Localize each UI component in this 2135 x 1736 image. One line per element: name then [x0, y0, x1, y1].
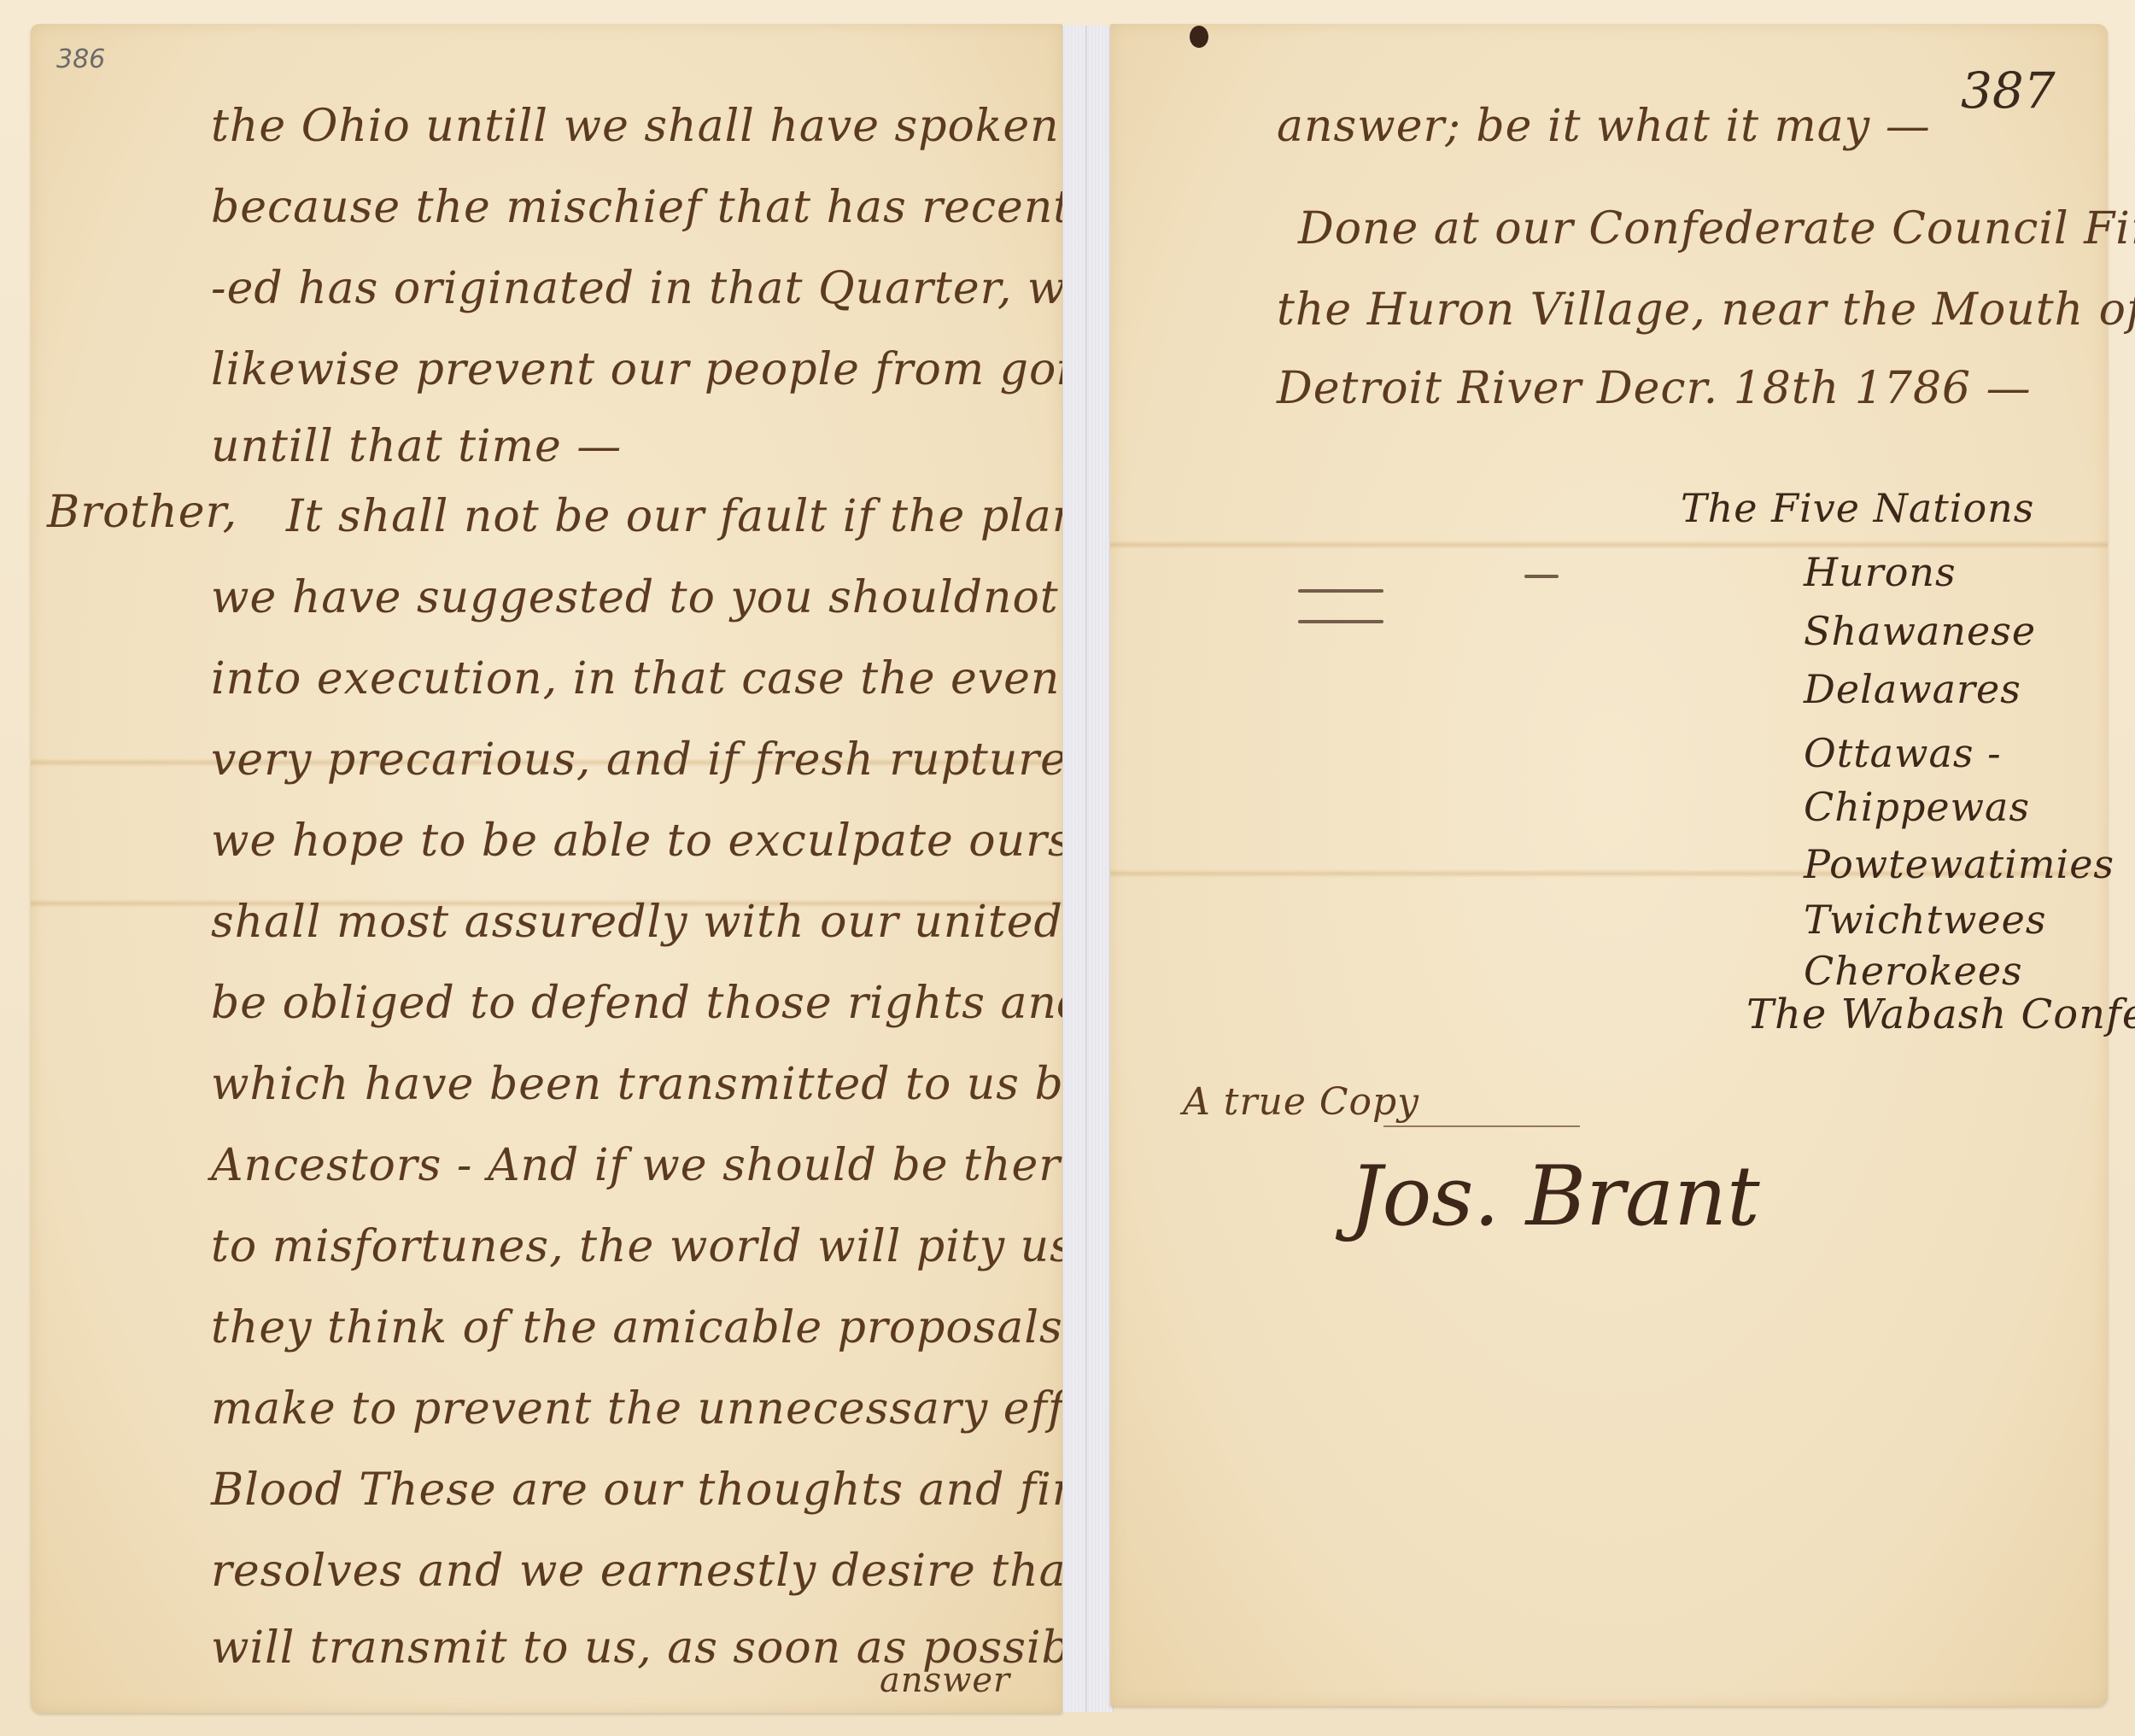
- manuscript-line: answer; be it what it may —: [1277, 101, 1931, 152]
- manuscript-line: Blood These are our thoughts and firm: [211, 1464, 1117, 1516]
- signatory-nation: Powtewatimies: [1804, 841, 2115, 887]
- margin-heading-brother: Brother,: [47, 487, 237, 538]
- signatory-nation: Ottawas -: [1804, 730, 2002, 776]
- signatory-nation: Hurons: [1804, 549, 1957, 595]
- ink-offset-mark: [1298, 620, 1383, 623]
- left-folio-number: 386: [56, 44, 105, 74]
- manuscript-line: resolves and we earnestly desire that yo…: [211, 1546, 1183, 1597]
- signatories-heading: The Five Nations: [1681, 485, 2034, 531]
- signatory-nation: Cherokees: [1804, 948, 2023, 994]
- manuscript-line: which have been transmitted to us by our: [211, 1059, 1184, 1110]
- signature-jos-brant: Jos. Brant: [1349, 1149, 1760, 1244]
- ink-offset-mark: [1298, 589, 1383, 593]
- manuscript-line: shall most assuredly with our united for…: [211, 897, 1198, 948]
- signatory-nation: Chippewas: [1804, 784, 2030, 830]
- manuscript-line: Done at our Confederate Council Fire at: [1298, 203, 2135, 254]
- binding-tape: [1062, 26, 1114, 1712]
- paper-fold-line: [1110, 541, 2108, 549]
- manuscript-line: Detroit River Decr. 18th 1786 —: [1277, 363, 2032, 414]
- right-folio-number: 387: [1961, 61, 2056, 120]
- attestation-flourish: [1383, 1125, 1580, 1127]
- attestation-a-true-copy: A true Copy: [1183, 1080, 1419, 1124]
- signatories-footer: The Wabash Confederates: [1746, 991, 2135, 1038]
- signatory-nation: Shawanese: [1804, 608, 2036, 654]
- signatory-nation: Twichtwees: [1804, 897, 2046, 943]
- manuscript-line: untill that time —: [211, 421, 622, 472]
- ink-blot: [1190, 26, 1208, 48]
- catchword: answer: [880, 1661, 1010, 1700]
- signatory-nation: Delawares: [1804, 666, 2021, 712]
- ink-offset-mark: [1524, 575, 1559, 578]
- manuscript-line: the Huron Village, near the Mouth of the: [1277, 284, 2135, 336]
